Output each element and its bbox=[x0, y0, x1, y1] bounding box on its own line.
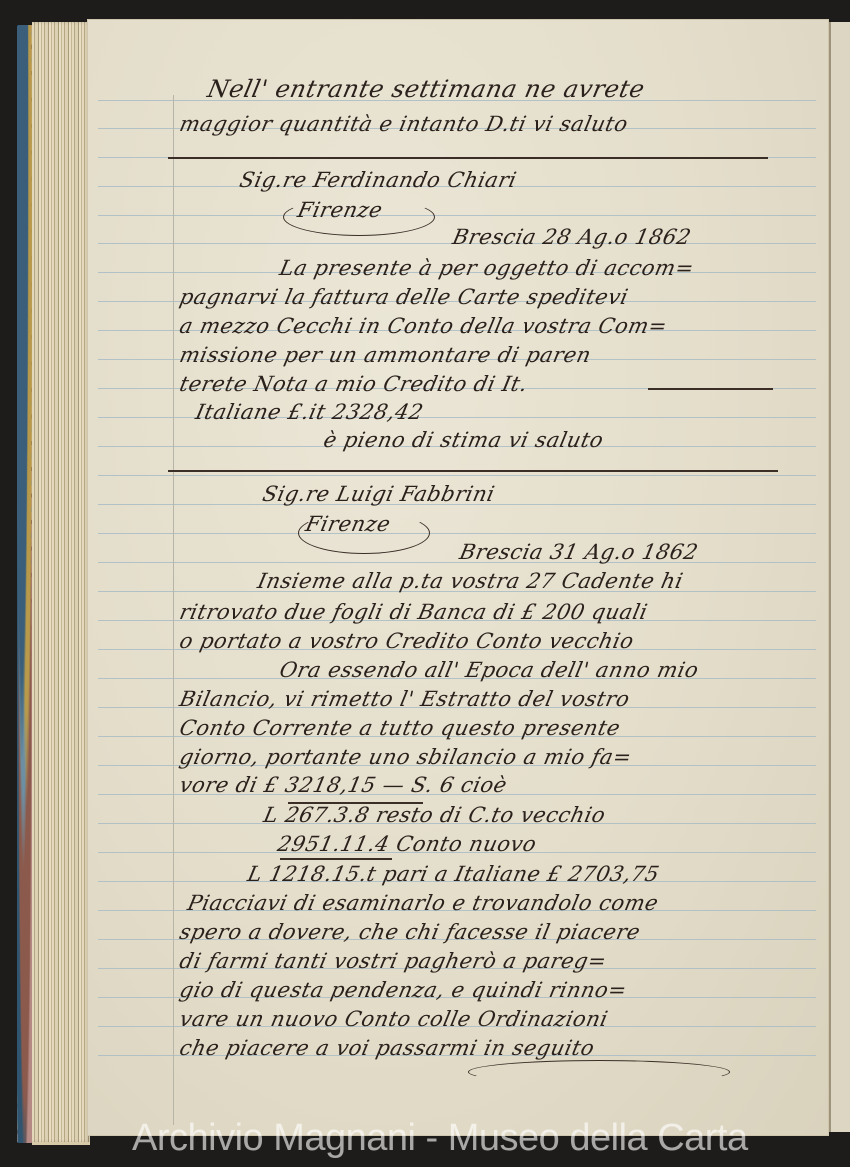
closing-line-1: Nell' entrante settimana ne avrete bbox=[205, 75, 647, 103]
facing-page-edge bbox=[829, 22, 850, 1132]
letter1-body-line: La presente à per oggetto di accom= bbox=[277, 256, 696, 280]
letter2-body-line: o portato a vostro Credito Conto vecchio bbox=[177, 629, 636, 653]
letter2-body-line: di farmi tanti vostri pagherò a pareg= bbox=[177, 949, 608, 973]
letter2-body-line: Conto Corrente a tutto questo presente bbox=[177, 716, 622, 740]
closing-line-2: maggior quantità e intanto D.ti vi salut… bbox=[177, 112, 630, 136]
letter2-body-line: spero a dovere, che chi facesse il piace… bbox=[177, 920, 642, 944]
ledger-page: Nell' entrante settimana ne avrete maggi… bbox=[88, 20, 828, 1135]
letter2-body-line: Insieme alla p.ta vostra 27 Cadente hi bbox=[255, 569, 685, 593]
city-flourish bbox=[298, 512, 430, 554]
letter1-body-line: a mezzo Cecchi in Conto della vostra Com… bbox=[177, 314, 669, 338]
page-stack-edges bbox=[32, 22, 90, 1145]
section-divider bbox=[168, 470, 778, 472]
letter2-addressee: Sig.re Luigi Fabbrini bbox=[260, 482, 497, 506]
letter1-place-date: Brescia 28 Ag.o 1862 bbox=[450, 225, 693, 249]
letter2-body-line: L 1218.15.t pari a Italiane £ 2703,75 bbox=[245, 862, 661, 886]
letter2-body-line: L 267.3.8 resto di C.to vecchio bbox=[261, 803, 607, 827]
letter2-body-line: vare un nuovo Conto colle Ordinazioni bbox=[177, 1007, 610, 1031]
letter2-body-line: ritrovato due fogli di Banca di £ 200 qu… bbox=[177, 600, 649, 624]
letter2-body-line: Bilancio, vi rimetto l' Estratto del vos… bbox=[177, 687, 632, 711]
closing-flourish bbox=[468, 1060, 730, 1084]
archive-watermark: Archivio Magnani - Museo della Carta bbox=[132, 1117, 842, 1160]
letter2-place-date: Brescia 31 Ag.o 1862 bbox=[457, 540, 700, 564]
letter2-body-line: vore di £ 3218,15 — S. 6 cioè bbox=[177, 773, 509, 797]
letter1-body-line: missione per un ammontare di paren bbox=[177, 343, 593, 367]
letter2-body-line: giorno, portante uno sbilancio a mio fa= bbox=[177, 745, 634, 769]
letter2-body-line: Piacciavi di esaminarlo e trovandolo com… bbox=[185, 891, 660, 915]
letter1-closing: è pieno di stima vi saluto bbox=[321, 428, 605, 452]
scanned-ledger-page: Nell' entrante settimana ne avrete maggi… bbox=[0, 0, 850, 1167]
letter2-body-line: che piacere a voi passarmi in seguito bbox=[177, 1036, 596, 1060]
letter1-body-line: terete Nota a mio Credito di It. bbox=[177, 372, 529, 396]
letter2-body-line: Ora essendo all' Epoca dell' anno mio bbox=[277, 658, 700, 682]
letter2-body-line: gio di questa pendenza, e quindi rinno= bbox=[177, 978, 629, 1002]
line-filler-stroke bbox=[648, 388, 773, 390]
marbled-cover-edge bbox=[17, 25, 33, 1143]
section-divider bbox=[168, 157, 768, 159]
ruled-line bbox=[98, 475, 816, 476]
amount-underline bbox=[280, 858, 392, 860]
letter1-body-line: Italiane £.it 2328,42 bbox=[193, 400, 425, 424]
ruled-line bbox=[98, 215, 816, 216]
letter2-body-line: 2951.11.4 Conto nuovo bbox=[275, 832, 538, 856]
letter1-addressee: Sig.re Ferdinando Chiari bbox=[237, 168, 518, 192]
letter1-body-line: pagnarvi la fattura delle Carte speditev… bbox=[177, 285, 630, 309]
margin-line bbox=[173, 95, 174, 1125]
ruled-line bbox=[98, 533, 816, 534]
city-flourish bbox=[283, 198, 435, 236]
